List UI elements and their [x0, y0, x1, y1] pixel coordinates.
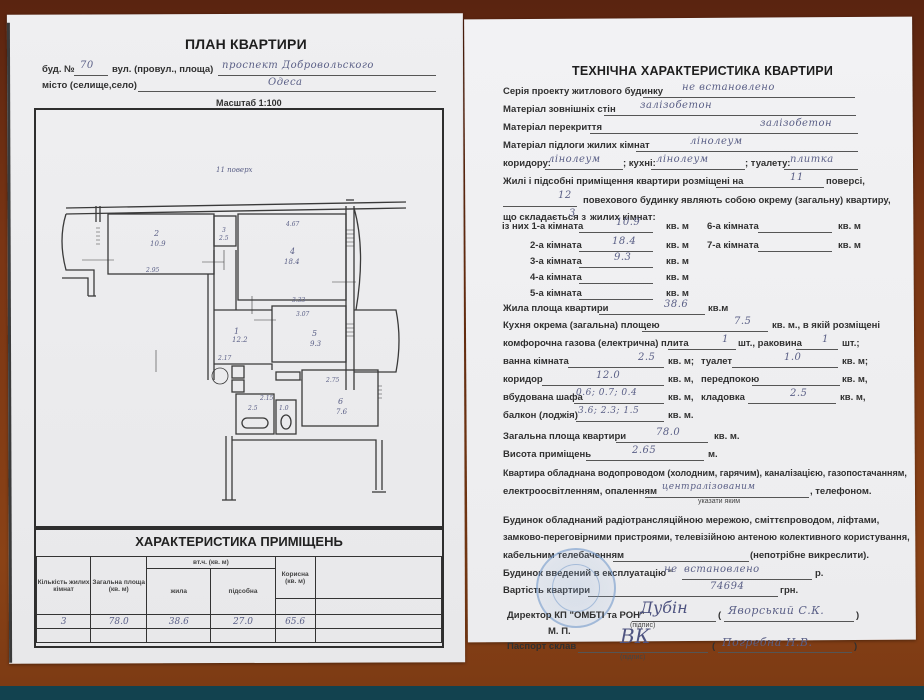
street-label: вул. (провул., площа) — [112, 64, 213, 75]
room-5-label: 5-а кімната — [530, 288, 582, 299]
series-label: Серія проекту житлового будинку — [503, 86, 663, 97]
toilet-area-label: туалет — [701, 356, 732, 367]
cost-value: 74694 — [710, 581, 744, 592]
bath-label: ванна кімната — [503, 356, 569, 367]
wardrobe-label: вбудована шафа — [503, 392, 583, 403]
located-label: Жилі і підсобні приміщення квартири розм… — [503, 176, 743, 187]
total-area-label: Загальна площа квартири — [503, 431, 626, 442]
scale-label: Масштаб 1:100 — [216, 98, 282, 108]
toilet-area-value: 1.0 — [784, 352, 801, 363]
commission-value: встановлено — [684, 564, 760, 575]
corridor-floor-label: коридору: — [503, 158, 551, 169]
room-7-label: 7-а кімната — [707, 240, 759, 251]
kitchen-area-label: Кухня окрема (загальна) площею — [503, 320, 660, 331]
tech-title: ТЕХНІЧНА ХАРАКТЕРИСТИКА КВАРТИРИ — [572, 64, 833, 78]
director-label: Директор КП "ОМБТІ та РОН" — [507, 610, 645, 621]
svg-text:3.33: 3.33 — [292, 297, 306, 304]
svg-text:3.07: 3.07 — [296, 311, 310, 318]
director-name: Яворський С.К. — [728, 604, 824, 617]
stove-value: 1 — [722, 334, 729, 345]
header-incl: вт.ч. (кв. м) — [147, 557, 275, 569]
floor-material-value: лінолеум — [690, 136, 743, 147]
storage-value: 2.5 — [790, 388, 807, 399]
city-line — [138, 91, 436, 92]
svg-text:4.67: 4.67 — [285, 221, 300, 228]
electric-label: електроосвітленням, опаленням — [503, 486, 657, 497]
ceiling-value: залізобетон — [760, 118, 832, 129]
commission-quote-value: не — [664, 564, 678, 575]
rooms-count-value: 3 — [569, 208, 576, 219]
floor-suffix: поверсі, — [826, 176, 865, 187]
director-signature: Дубін — [640, 598, 688, 617]
value-auxiliary: 27.0 — [211, 615, 275, 629]
wardrobe-value: 0.6; 0.7; 0.4 — [576, 388, 637, 398]
page-binding-edge — [7, 23, 12, 663]
kitchen-area-value: 7.5 — [734, 316, 751, 327]
svg-text:3: 3 — [222, 227, 226, 234]
svg-text:18.4: 18.4 — [284, 258, 300, 266]
header-rooms-count: Кількість жилих кімнат — [37, 557, 91, 615]
living-area-value: 38.6 — [664, 299, 688, 310]
toilet-floor-value: плитка — [790, 154, 834, 165]
storeys-value: 12 — [558, 190, 572, 201]
svg-text:5: 5 — [312, 329, 317, 338]
header-living: жила — [147, 569, 211, 615]
sink-value: 1 — [822, 334, 829, 345]
ceiling-label: Матеріал перекриття — [503, 122, 602, 133]
building-number-label: буд. № — [42, 64, 75, 75]
svg-text:1: 1 — [234, 327, 239, 336]
street-value: проспект Добровольского — [222, 60, 374, 71]
city-value: Одеса — [268, 77, 303, 88]
room-1-value: 10.9 — [616, 217, 640, 228]
balcony-value: 3.6; 2.3; 1.5 — [578, 406, 639, 416]
value-total-area: 78.0 — [91, 615, 147, 629]
hall-label: передпокою — [701, 374, 759, 385]
specify-hint: указати яким — [698, 498, 740, 505]
bath-value: 2.5 — [638, 352, 655, 363]
room-3-value: 9.3 — [614, 252, 631, 263]
kitchen-floor-label: ; кухні: — [623, 158, 656, 169]
floor-material-label: Матеріал підлоги жилих кімнат — [503, 140, 650, 151]
svg-text:12.2: 12.2 — [232, 336, 248, 344]
storage-label: кладовка — [701, 392, 745, 403]
composer-signature: ВК — [620, 624, 650, 648]
floor-note: 11 поверх — [216, 166, 253, 174]
living-area-label: Жила площа квартири — [503, 303, 608, 314]
svg-text:2.95: 2.95 — [145, 267, 160, 274]
walls-label: Матеріал зовнішніх стін — [503, 104, 616, 115]
toilet-floor-label: ; туалету: — [745, 158, 790, 169]
corridor-area-label: коридор — [503, 374, 543, 385]
composer-name: Погребна Н.В. — [722, 636, 813, 649]
room-6-label: 6-а кімната — [707, 221, 759, 232]
composed-label: Паспорт склав — [507, 641, 576, 652]
street-line — [218, 75, 436, 76]
premises-characteristics-title: ХАРАКТЕРИСТИКА ПРИМІЩЕНЬ — [36, 534, 442, 549]
building-text-1: Будинок обладнаний радіотрансляційною ме… — [503, 515, 879, 526]
height-value: 2.65 — [632, 445, 656, 456]
equipped-text: Квартира обладнана водопроводом (холодни… — [503, 468, 907, 478]
premises-characteristics-table: ХАРАКТЕРИСТИКА ПРИМІЩЕНЬ Кількість жилих… — [34, 528, 444, 648]
plan-title: ПЛАН КВАРТИРИ — [185, 36, 307, 52]
svg-text:10.9: 10.9 — [150, 240, 166, 248]
room-1-label: із них 1-а кімната — [502, 221, 583, 232]
balcony-label: балкон (лоджія) — [503, 410, 578, 421]
value-useful: 65.6 — [275, 615, 315, 629]
value-living: 38.6 — [147, 615, 211, 629]
svg-text:4: 4 — [289, 247, 295, 256]
storeys-text: повехового будинку являють собою окрему … — [583, 195, 891, 206]
room-4-label: 4-а кімната — [530, 272, 582, 283]
corridor-floor-value: лінолеум — [548, 154, 601, 165]
series-value: не встановлено — [682, 82, 775, 93]
header-auxiliary: підсобна — [211, 569, 275, 615]
corridor-area-value: 12.0 — [596, 370, 620, 381]
stove-label: комфорочна газова (електрична) плита — [503, 338, 689, 349]
svg-text:6: 6 — [338, 397, 343, 406]
svg-text:9.3: 9.3 — [310, 340, 322, 348]
room-3-label: 3-а кімната — [530, 256, 582, 267]
svg-text:7.6: 7.6 — [336, 408, 348, 416]
svg-text:2.75: 2.75 — [325, 377, 340, 384]
header-useful: Корисна (кв. м) — [275, 557, 315, 599]
city-label: місто (селище,село) — [42, 80, 137, 91]
svg-text:2.5: 2.5 — [247, 405, 258, 412]
total-area-value: 78.0 — [656, 427, 680, 438]
room-2-value: 18.4 — [612, 236, 636, 247]
room-2-label: 2-а кімната — [530, 240, 582, 251]
svg-text:2.17: 2.17 — [217, 355, 232, 362]
floor-number-value: 11 — [790, 172, 804, 183]
bottom-bar — [0, 686, 924, 700]
building-number-line — [74, 75, 108, 76]
svg-text:1.0: 1.0 — [279, 405, 289, 412]
value-rooms-count: 3 — [37, 615, 91, 629]
building-number-value: 70 — [80, 60, 94, 71]
height-label: Висота приміщень — [503, 449, 591, 460]
stamp-label: М. П. — [548, 626, 571, 637]
svg-text:2.15: 2.15 — [259, 395, 274, 402]
svg-text:2: 2 — [153, 229, 159, 238]
walls-value: залізобетон — [640, 100, 712, 111]
svg-text:2.5: 2.5 — [218, 235, 229, 242]
floor-plan-drawing: 11 поверх 2 10.9 3 2.5 4 18.4 5 9.3 6 7.… — [36, 110, 442, 526]
kitchen-floor-value: лінолеум — [656, 154, 709, 165]
heating-value: централізованим — [662, 482, 755, 492]
header-total-area: Загальна площа (кв. м) — [91, 557, 147, 615]
building-text-2: замково-переговірними пристроями, телеві… — [503, 532, 910, 542]
